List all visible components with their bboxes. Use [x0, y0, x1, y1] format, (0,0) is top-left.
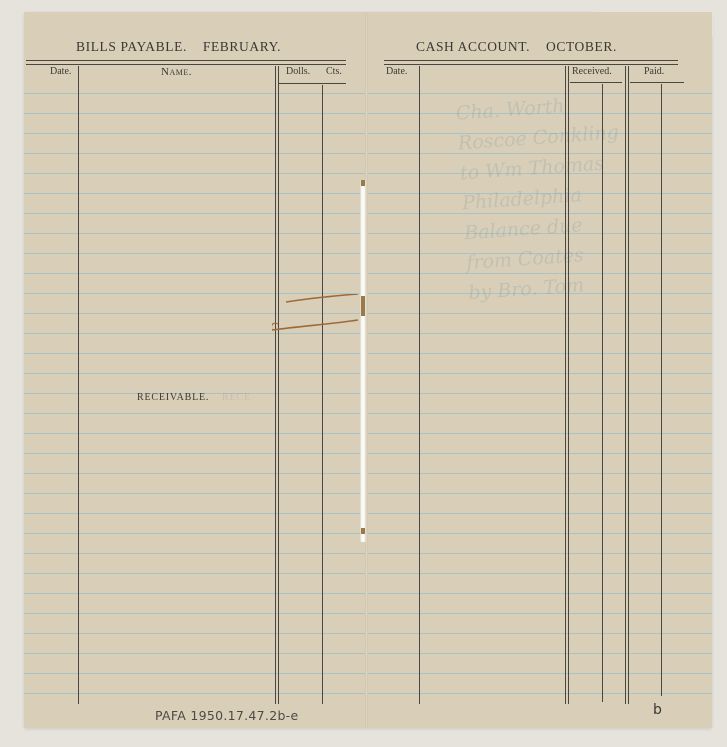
- paid-subheader-rule: [630, 82, 684, 83]
- binding-perforation: [358, 180, 368, 542]
- amount-subheader-rule: [279, 83, 346, 84]
- column-divider-date: [419, 66, 420, 710]
- receivable-ghost-imprint: RECE: [222, 392, 251, 403]
- title-cash-account: CASH ACCOUNT.: [416, 39, 530, 54]
- column-header-date: Date.: [50, 66, 71, 77]
- received-subheader-rule: [570, 82, 622, 83]
- column-divider-received-b: [568, 66, 569, 704]
- column-header-name: Name.: [161, 66, 192, 78]
- paid-cents-divider: [661, 84, 662, 696]
- column-header-paid: Paid.: [644, 66, 664, 77]
- title-bills-payable: BILLS PAYABLE.: [76, 39, 187, 54]
- received-cents-divider: [602, 84, 603, 702]
- catalog-number-annotation: PAFA 1950.17.47.2b-e: [155, 708, 299, 723]
- month-october: OCTOBER.: [546, 39, 617, 54]
- cash-account-page: Cha. Worth Roscoe Conkling to Wm Thomas …: [368, 12, 712, 728]
- column-divider-paid-b: [628, 66, 629, 704]
- column-divider-paid-a: [625, 66, 626, 704]
- binding-mark-middle: [361, 296, 365, 316]
- column-header-date: Date.: [386, 66, 407, 77]
- page-title-right: CASH ACCOUNT. OCTOBER.: [416, 39, 617, 55]
- column-header-dolls: Dolls.: [286, 66, 310, 77]
- page-title-left: BILLS PAYABLE. FEBRUARY.: [76, 39, 281, 55]
- column-divider-date: [78, 66, 79, 711]
- header-double-rule-left: [26, 60, 346, 65]
- ghost-handwriting-bleedthrough: Cha. Worth Roscoe Conkling to Wm Thomas …: [455, 82, 713, 368]
- column-divider-name-a: [275, 66, 276, 704]
- column-divider-name-b: [278, 66, 279, 704]
- header-double-rule-right: [384, 60, 678, 65]
- page-letter-annotation: b: [653, 702, 662, 718]
- column-divider-received-a: [565, 66, 566, 704]
- bills-payable-page: BILLS PAYABLE. FEBRUARY. Date. Name. Dol…: [24, 12, 366, 728]
- pencil-stroke-marks: [272, 294, 362, 334]
- receivable-stamp: RECEIVABLE.: [137, 392, 209, 403]
- binding-mark-top: [361, 180, 365, 186]
- column-header-received: Received.: [572, 66, 612, 77]
- month-february: FEBRUARY.: [203, 39, 281, 54]
- ledger-sheet: BILLS PAYABLE. FEBRUARY. Date. Name. Dol…: [24, 12, 712, 728]
- column-divider-dolls-cts: [322, 85, 323, 708]
- column-header-cts: Cts.: [326, 66, 342, 77]
- binding-mark-bottom: [361, 528, 365, 534]
